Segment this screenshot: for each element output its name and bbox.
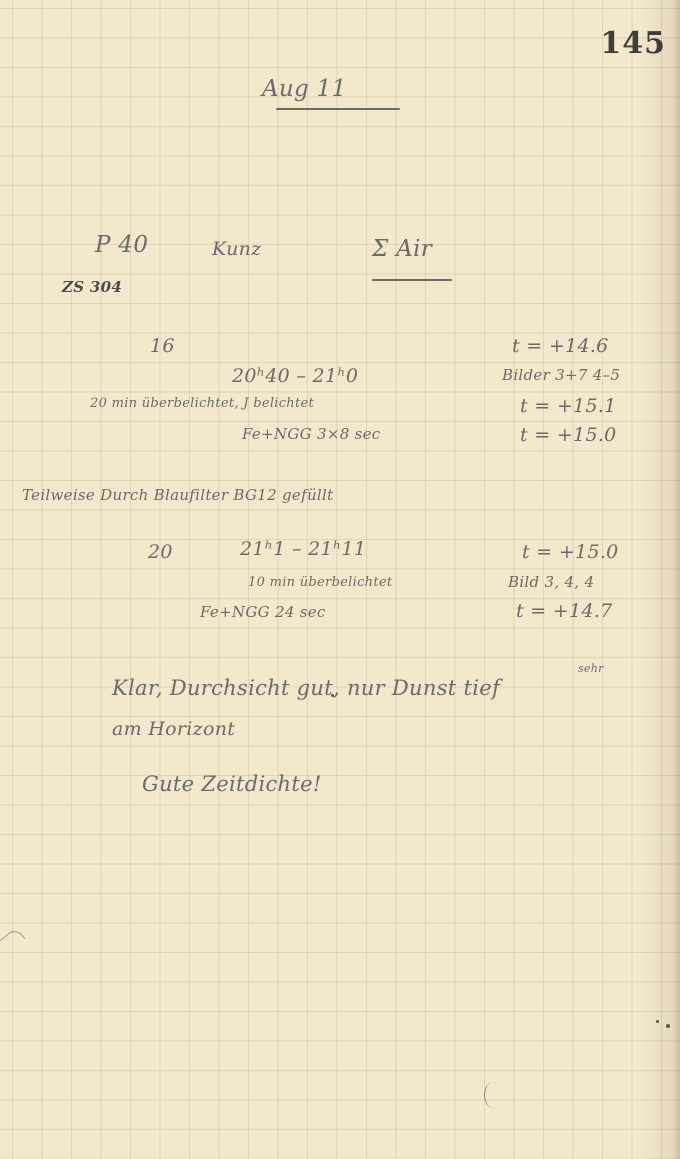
- entry-right-value: t = +14.7: [516, 600, 613, 622]
- closing-note-line3: Gute Zeitdichte!: [142, 772, 322, 796]
- plate-id: ZS 304: [62, 278, 122, 296]
- entry-note: 20 min überbelichtet, J belichtet: [90, 396, 314, 411]
- entry-right-value: t = +15.0: [520, 424, 617, 446]
- entry-right-value: t = +15.1: [520, 395, 617, 417]
- instrument-label: Kunz: [212, 238, 261, 260]
- date-underline: [276, 108, 400, 110]
- filter-remark: Teilweise Durch Blaufilter BG12 gefüllt: [22, 486, 333, 504]
- ink-speck: [666, 1024, 670, 1028]
- entry-right-value: t = +15.0: [522, 541, 619, 563]
- entry-note: 10 min überbelichtet: [248, 575, 392, 590]
- closing-note-line2: am Horizont: [112, 718, 235, 740]
- object-label: P 40: [95, 232, 148, 258]
- entry-exposure: Fe+NGG 3×8 sec: [242, 425, 381, 443]
- paper-mark: [0, 927, 25, 952]
- entry-right-value: Bilder 3+7 4–5: [502, 366, 620, 384]
- closing-note-line1: Klar, Durchsicht gut, nur Dunst tief: [112, 676, 500, 700]
- filter-underline: [372, 279, 452, 281]
- notebook-page: 145 Aug 11 P 40 Kunz Σ Air ZS 304 16 20ʰ…: [0, 0, 680, 1159]
- ink-speck: [331, 694, 334, 697]
- entry-right-value: t = +14.6: [512, 335, 609, 357]
- entry-right-value: Bild 3, 4, 4: [508, 573, 594, 591]
- closing-note-superscript: sehr: [578, 662, 604, 675]
- entry-time: 21ʰ1 – 21ʰ11: [240, 538, 366, 560]
- ink-speck: [656, 1020, 659, 1023]
- page-number: 145: [600, 26, 666, 61]
- entry-time: 20ʰ40 – 21ʰ0: [232, 365, 358, 387]
- entry-index: 16: [150, 335, 175, 357]
- paper-mark: [484, 1082, 503, 1108]
- entry-exposure: Fe+NGG 24 sec: [200, 603, 326, 621]
- date-heading: Aug 11: [262, 76, 347, 102]
- filter-label: Σ Air: [372, 236, 432, 262]
- entry-index: 20: [148, 541, 173, 563]
